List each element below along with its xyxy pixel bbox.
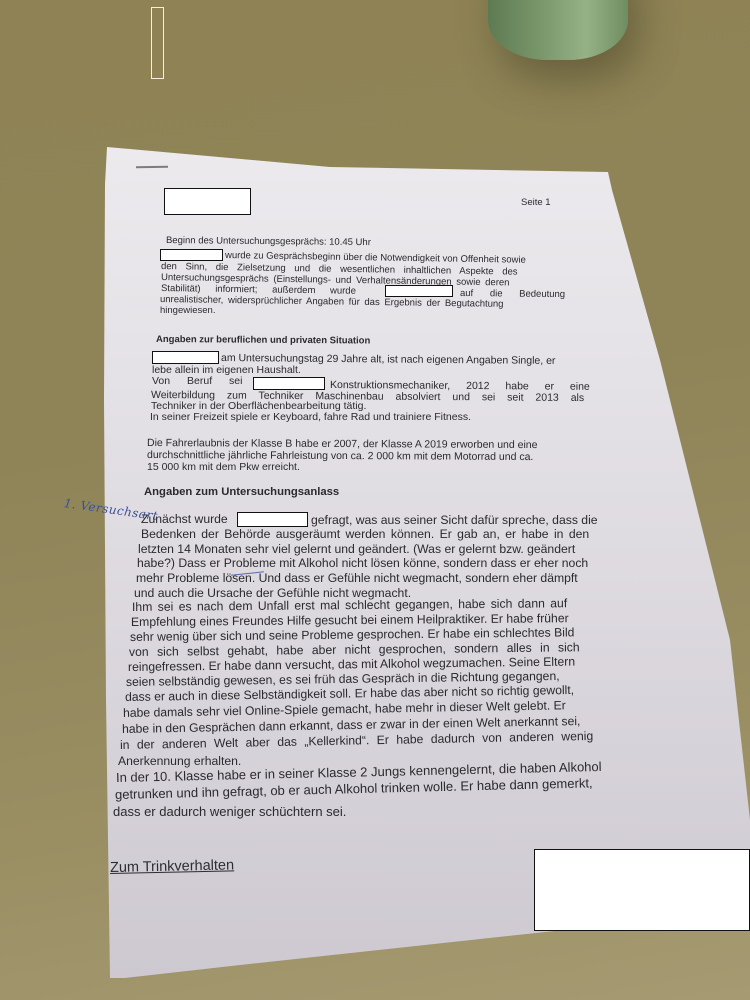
- redacted-name: [160, 249, 223, 261]
- license-line: 15 000 km mit dem Pkw erreicht.: [147, 461, 300, 473]
- reason-line: mehr Probleme lösen. Und dass er Gefühle…: [136, 571, 578, 585]
- annotation-marker: [151, 7, 164, 79]
- reason-line: Zunächst wurde: [141, 512, 228, 526]
- redacted-name: [253, 377, 325, 390]
- redacted-header: [164, 188, 251, 215]
- intro-line: hingewiesen.: [160, 305, 215, 316]
- redacted-block: [534, 849, 750, 931]
- reason-line: Bedenken der Behörde ausgeräumt werden k…: [141, 527, 589, 541]
- redacted-name: [237, 512, 308, 527]
- redacted-name: [385, 285, 453, 297]
- situation-line: Von Beruf sei: [152, 375, 242, 387]
- section-heading-situation: Angaben zur beruflichen und privaten Sit…: [156, 334, 370, 346]
- redacted-name: [152, 351, 219, 364]
- reason-line: gefragt, was aus seiner Sicht dafür spre…: [311, 513, 598, 527]
- next-section-heading: Zum Trinkverhalten: [110, 857, 234, 876]
- page-number: Seite 1: [521, 197, 551, 208]
- start-time-line: Beginn des Untersuchungsgesprächs: 10.45…: [166, 235, 371, 248]
- reason-line: letzten 14 Monaten sehr viel gelernt und…: [138, 542, 575, 556]
- green-cup: [488, 0, 628, 60]
- reason-line: Anerkennung erhalten.: [118, 754, 241, 768]
- reason-line: dass er dadurch weniger schüchtern sei.: [113, 804, 346, 819]
- reason-line: habe?) Dass er Probleme mit Alkohol nich…: [137, 556, 588, 570]
- section-heading-reason: Angaben zum Untersuchungsanlass: [144, 486, 339, 498]
- situation-line: In seiner Freizeit spiele er Keyboard, f…: [150, 411, 471, 423]
